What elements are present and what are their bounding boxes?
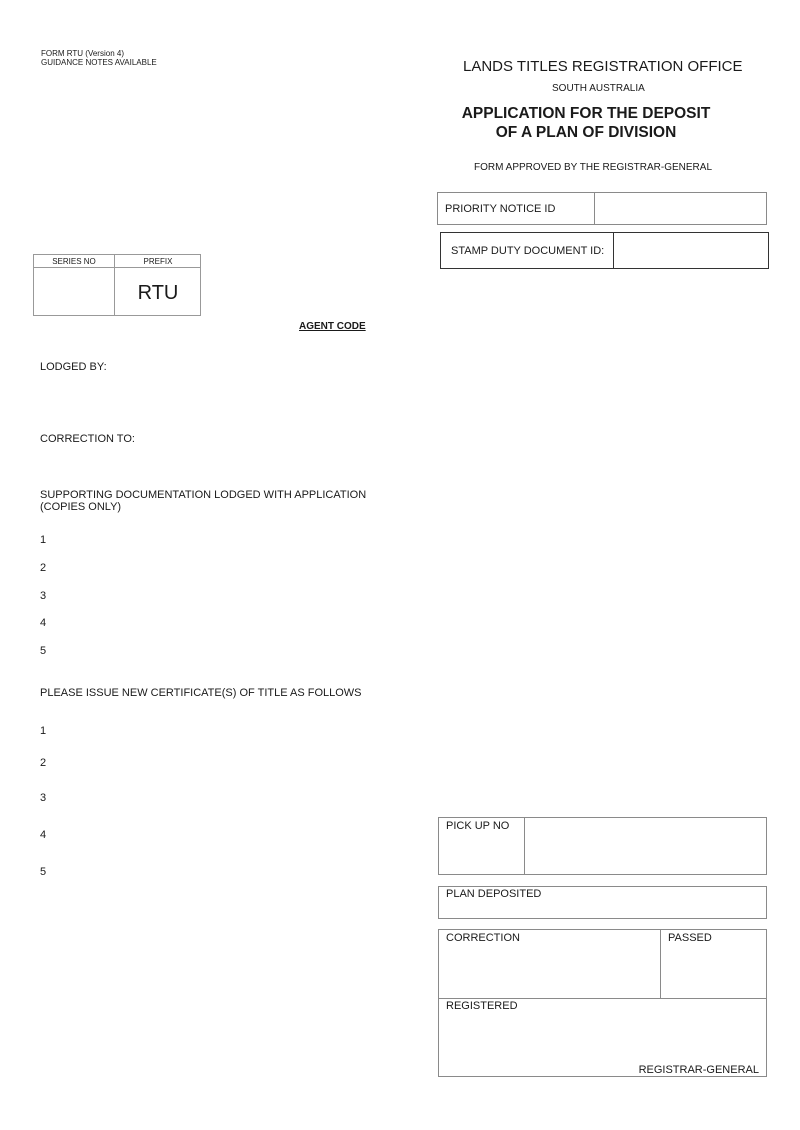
form-title-line1: APPLICATION FOR THE DEPOSIT (456, 104, 716, 123)
passed-label: PASSED (668, 932, 712, 944)
certificate-item: 1 (40, 725, 46, 737)
divider (439, 998, 766, 999)
supporting-doc-item: 4 (40, 617, 46, 629)
form-identifier: FORM RTU (Version 4) GUIDANCE NOTES AVAI… (41, 49, 157, 67)
form-title: APPLICATION FOR THE DEPOSIT OF A PLAN OF… (456, 104, 716, 142)
priority-notice-label: PRIORITY NOTICE ID (445, 203, 555, 215)
state-name: SOUTH AUSTRALIA (552, 83, 645, 94)
supporting-doc-item: 1 (40, 534, 46, 546)
divider (660, 930, 661, 998)
supporting-doc-item: 5 (40, 645, 46, 657)
plan-deposited-box: PLAN DEPOSITED (438, 886, 767, 919)
supporting-doc-item: 2 (40, 562, 46, 574)
plan-deposited-label: PLAN DEPOSITED (446, 888, 541, 900)
agent-code-label: AGENT CODE (299, 321, 366, 332)
correction-to-label: CORRECTION TO: (40, 433, 135, 445)
registrar-general-label: REGISTRAR-GENERAL (639, 1064, 759, 1076)
pickup-box: PICK UP NO (438, 817, 767, 875)
guidance-notes: GUIDANCE NOTES AVAILABLE (41, 58, 157, 67)
prefix-label: PREFIX (115, 257, 201, 266)
divider (613, 233, 614, 268)
priority-notice-box: PRIORITY NOTICE ID (437, 192, 767, 225)
certificate-item: 3 (40, 792, 46, 804)
certificate-item: 5 (40, 866, 46, 878)
certificate-item: 2 (40, 757, 46, 769)
certificate-item: 4 (40, 829, 46, 841)
certificates-heading: PLEASE ISSUE NEW CERTIFICATE(S) OF TITLE… (40, 687, 362, 699)
divider (524, 818, 525, 874)
supporting-doc-item: 3 (40, 590, 46, 602)
office-name: LANDS TITLES REGISTRATION OFFICE (463, 58, 743, 75)
lodged-by-label: LODGED BY: (40, 361, 107, 373)
stamp-duty-label: STAMP DUTY DOCUMENT ID: (451, 245, 604, 257)
supporting-docs-line2: (COPIES ONLY) (40, 501, 366, 513)
approval-note: FORM APPROVED BY THE REGISTRAR-GENERAL (474, 162, 712, 173)
registered-label: REGISTERED (446, 1000, 518, 1012)
office-use-box: CORRECTION PASSED REGISTERED REGISTRAR-G… (438, 929, 767, 1077)
form-title-line2: OF A PLAN OF DIVISION (456, 123, 716, 142)
stamp-duty-box: STAMP DUTY DOCUMENT ID: (440, 232, 769, 269)
correction-label: CORRECTION (446, 932, 520, 944)
supporting-docs-heading: SUPPORTING DOCUMENTATION LODGED WITH APP… (40, 489, 366, 513)
prefix-value: RTU (115, 282, 201, 305)
pickup-label: PICK UP NO (446, 820, 509, 832)
series-prefix-box: SERIES NO PREFIX RTU (33, 254, 201, 316)
supporting-docs-line1: SUPPORTING DOCUMENTATION LODGED WITH APP… (40, 489, 366, 501)
series-no-label: SERIES NO (34, 257, 114, 266)
form-version: FORM RTU (Version 4) (41, 49, 157, 58)
divider (594, 193, 595, 224)
divider (34, 267, 200, 268)
